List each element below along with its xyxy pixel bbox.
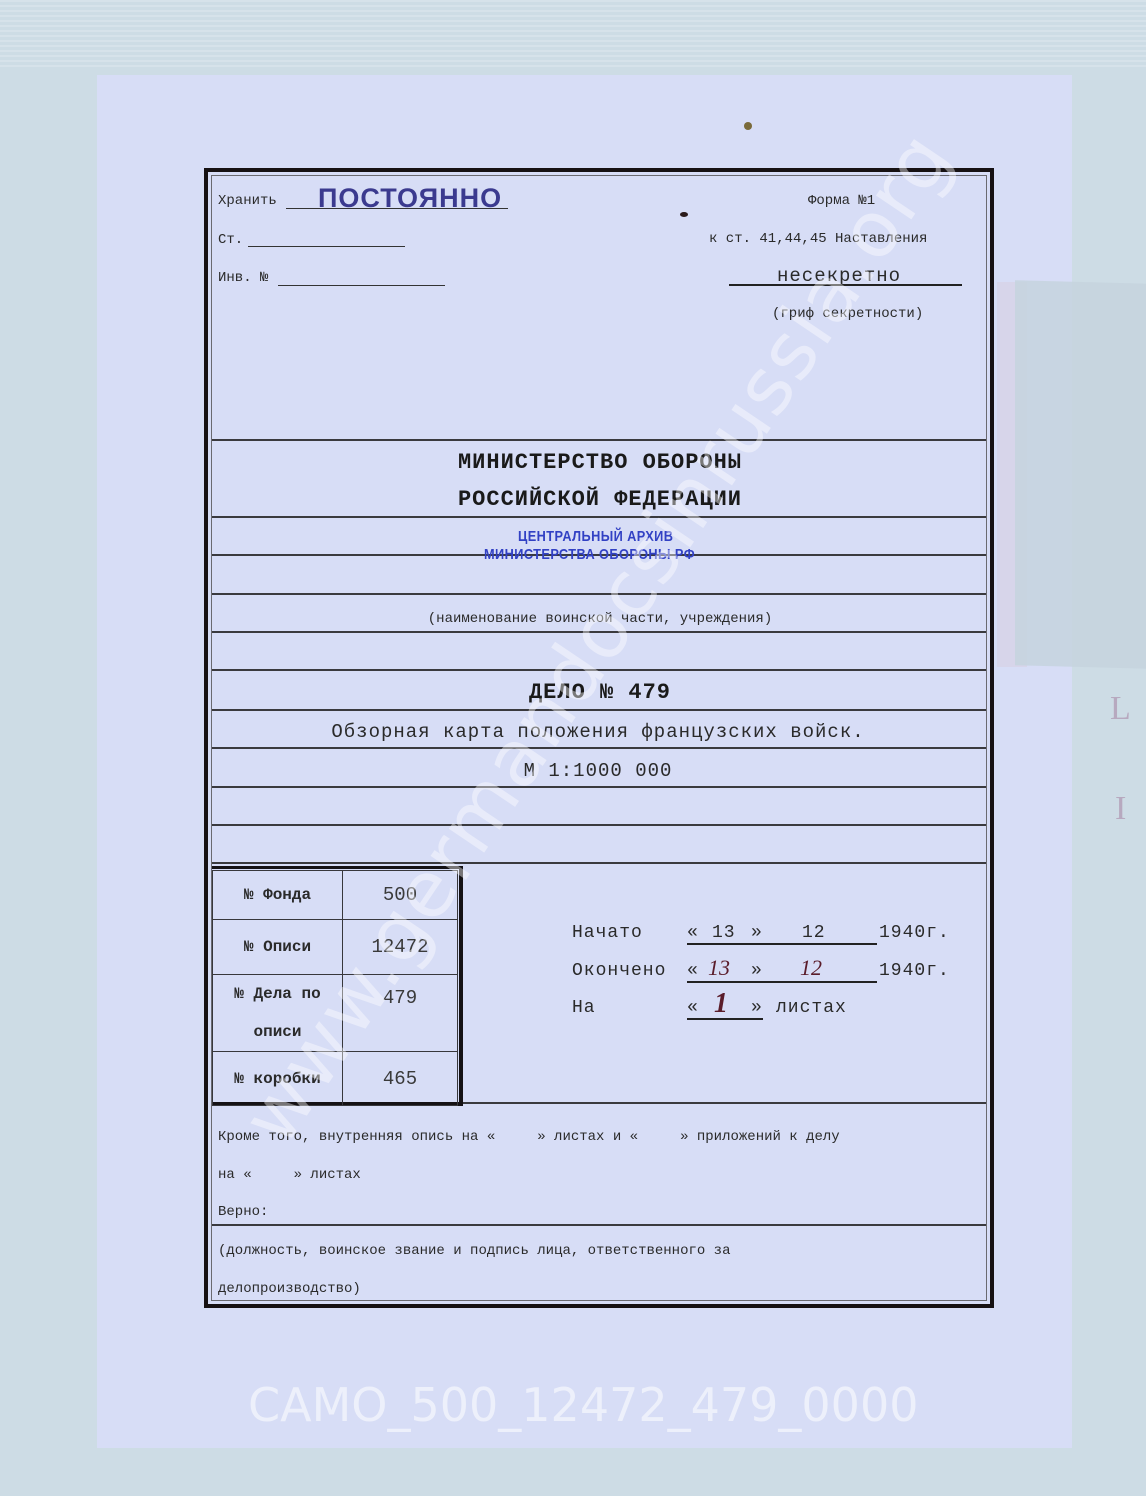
keep-label: Хранить: [218, 193, 277, 209]
started-label: Начато: [572, 923, 643, 943]
started-open-quote: «: [687, 923, 699, 943]
stain-dot: [744, 122, 752, 130]
additional-inventory-line2: на « » листах: [218, 1167, 361, 1183]
keep-stamp: ПОСТОЯННО: [318, 183, 502, 214]
ended-label: Окончено: [572, 961, 666, 981]
scanner-bed-edge: [0, 0, 1146, 70]
started-underline: [687, 943, 877, 945]
article-field[interactable]: [248, 246, 405, 247]
sheets-open-quote: «: [687, 998, 699, 1018]
article-label: Ст.: [218, 232, 243, 248]
file-id-label: CAMO_500_12472_479_0000: [248, 1378, 918, 1432]
sheets-close-quote: »: [751, 998, 763, 1018]
started-close-quote: »: [751, 923, 763, 943]
sheets-label: На: [572, 998, 596, 1018]
sheets-suffix: листах: [776, 998, 847, 1018]
ended-year: 1940г.: [879, 961, 950, 981]
started-year: 1940г.: [879, 923, 950, 943]
rule-line: [212, 439, 986, 441]
inventory-field[interactable]: [278, 285, 445, 286]
rule-line: [212, 786, 986, 788]
tape-mark: I: [1115, 790, 1126, 828]
ended-day: 13: [708, 955, 730, 981]
fond-label: № Фонда: [213, 871, 343, 920]
sheets-underline: [687, 1018, 763, 1020]
inventory-label: Инв. №: [218, 270, 268, 286]
rule-line: [212, 747, 986, 749]
case-scale: М 1:1000 000: [0, 760, 1146, 782]
rule-line: [212, 862, 986, 864]
ministry-line1: МИНИСТЕРСТВО ОБОРОНЫ: [0, 450, 1146, 475]
ended-underline: [687, 981, 877, 983]
ended-month: 12: [800, 955, 822, 981]
rule-line: [212, 824, 986, 826]
ministry-line2: РОССИЙСКОЙ ФЕДЕРАЦИИ: [0, 487, 1146, 512]
started-month: 12: [802, 923, 826, 943]
sheets-count: 1: [714, 988, 728, 1020]
verified-label: Верно:: [218, 1204, 268, 1220]
rule-line: [212, 1224, 986, 1226]
ended-open-quote: «: [687, 961, 699, 981]
rule-line: [212, 516, 986, 518]
signature-caption-line1: (должность, воинское звание и подпись ли…: [218, 1243, 730, 1259]
ended-close-quote: »: [751, 961, 763, 981]
started-day: 13: [712, 923, 736, 943]
signature-caption-line2: делопроизводство): [218, 1281, 361, 1297]
